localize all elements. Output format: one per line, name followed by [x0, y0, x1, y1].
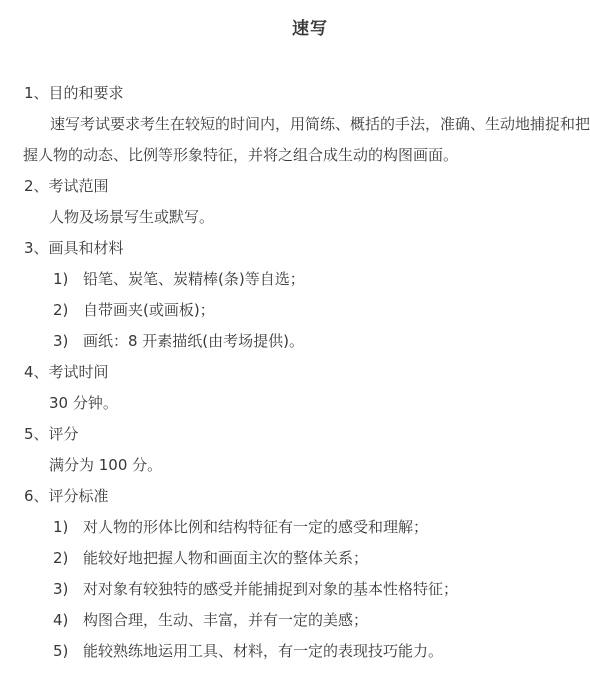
list-item-number: 2)	[53, 295, 83, 326]
section-body: 人物及场景写生或默写。	[0, 202, 590, 233]
list-item-number: 5)	[53, 636, 83, 667]
list-item: 2)能较好地把握人物和画面主次的整体关系；	[0, 543, 590, 574]
section-title: 评分标准	[49, 487, 109, 505]
section-heading-1: 1、目的和要求	[0, 78, 590, 109]
list-item-number: 1)	[53, 512, 83, 543]
section-body: 满分为 100 分。	[0, 450, 590, 481]
section-heading-4: 4、考试时间	[0, 357, 590, 388]
list-item-number: 3)	[53, 326, 83, 357]
section-heading-3: 3、画具和材料	[0, 233, 590, 264]
list-item-text: 画纸：8 开素描纸(由考场提供)。	[83, 332, 304, 350]
section-body: 30 分钟。	[0, 388, 590, 419]
document-page: 速写 1、目的和要求 速写考试要求考生在较短的时间内，用简练、概括的手法，准确、…	[0, 0, 590, 684]
list-item-text: 能较熟练地运用工具、材料，有一定的表现技巧能力。	[83, 642, 443, 660]
document-body: 1、目的和要求 速写考试要求考生在较短的时间内，用简练、概括的手法，准确、生动地…	[0, 78, 590, 667]
list-item: 3)画纸：8 开素描纸(由考场提供)。	[0, 326, 590, 357]
list-item-number: 1)	[53, 264, 83, 295]
section-heading-6: 6、评分标准	[0, 481, 590, 512]
section-title: 考试范围	[49, 177, 109, 195]
list-item-number: 3)	[53, 574, 83, 605]
paragraph-line: 速写考试要求考生在较短的时间内，用简练、概括的手法，准确、生动地捕捉和把	[0, 109, 590, 140]
list-item: 4)构图合理，生动、丰富，并有一定的美感；	[0, 605, 590, 636]
list-item-text: 对人物的形体比例和结构特征有一定的感受和理解；	[83, 518, 428, 536]
section-number: 6、	[24, 487, 49, 505]
section-number: 1、	[24, 84, 49, 102]
section-title: 评分	[49, 425, 79, 443]
list-item: 5)能较熟练地运用工具、材料，有一定的表现技巧能力。	[0, 636, 590, 667]
list-item: 3)对对象有较独特的感受并能捕捉到对象的基本性格特征；	[0, 574, 590, 605]
section-heading-5: 5、评分	[0, 419, 590, 450]
document-title: 速写	[0, 0, 590, 42]
section-number: 3、	[24, 239, 49, 257]
list-item: 1)铅笔、炭笔、炭精棒(条)等自选；	[0, 264, 590, 295]
list-item-number: 4)	[53, 605, 83, 636]
list-item: 1)对人物的形体比例和结构特征有一定的感受和理解；	[0, 512, 590, 543]
section-number: 5、	[24, 425, 49, 443]
list-item-text: 自带画夹(或画板)；	[83, 301, 215, 319]
list-item-number: 2)	[53, 543, 83, 574]
section-title: 目的和要求	[49, 84, 124, 102]
section-number: 4、	[24, 363, 49, 381]
list-item-text: 对对象有较独特的感受并能捕捉到对象的基本性格特征；	[83, 580, 458, 598]
list-item-text: 能较好地把握人物和画面主次的整体关系；	[83, 549, 368, 567]
section-title: 画具和材料	[49, 239, 124, 257]
paragraph-line: 握人物的动态、比例等形象特征，并将之组合成生动的构图画面。	[0, 140, 590, 171]
section-title: 考试时间	[49, 363, 109, 381]
section-heading-2: 2、考试范围	[0, 171, 590, 202]
list-item: 2)自带画夹(或画板)；	[0, 295, 590, 326]
list-item-text: 构图合理，生动、丰富，并有一定的美感；	[83, 611, 368, 629]
list-item-text: 铅笔、炭笔、炭精棒(条)等自选；	[83, 270, 305, 288]
section-number: 2、	[24, 177, 49, 195]
